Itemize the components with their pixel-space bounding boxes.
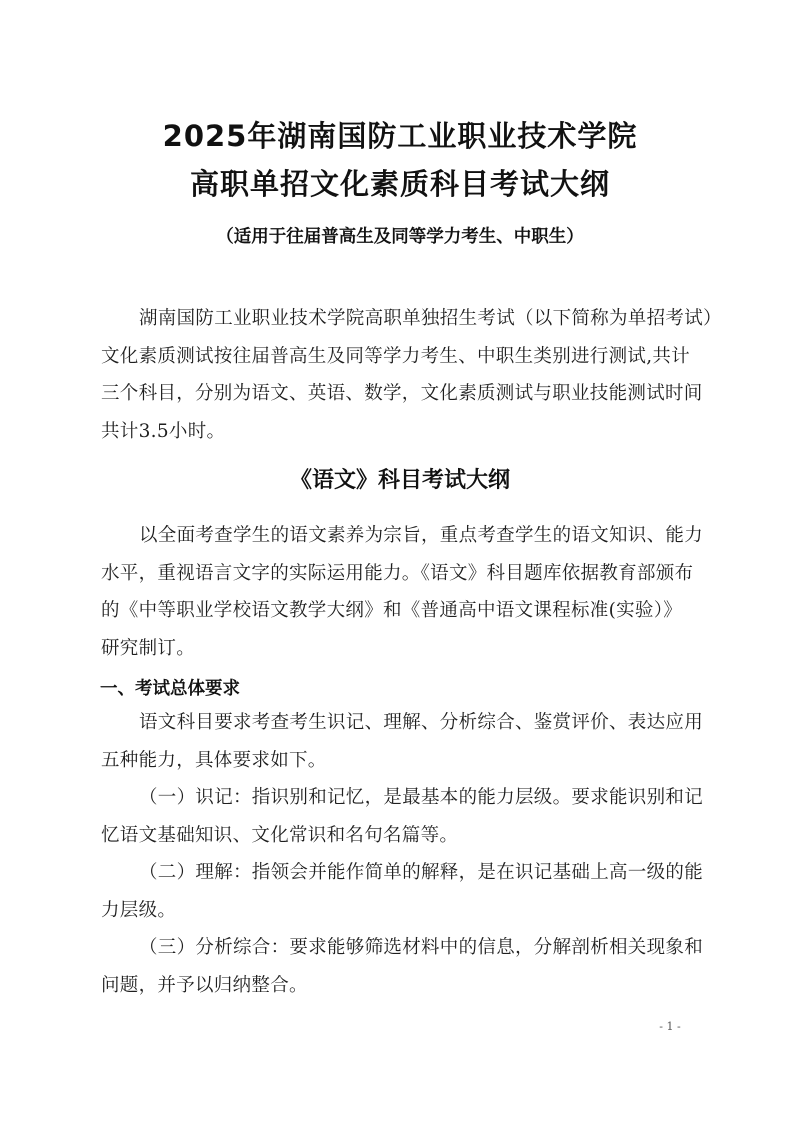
paragraph-line: 研究制订。 xyxy=(101,630,721,668)
page-number: - 1 - xyxy=(640,1020,700,1033)
paragraph-line: 的《中等职业学校语文教学大纲》和《普通高中语文课程标准(实验）》 xyxy=(101,592,721,630)
document-title-line1: 2025年湖南国防工业职业技术学院 xyxy=(0,118,800,154)
paragraph-line: 五种能力，具体要求如下。 xyxy=(101,742,721,780)
item-analysis-synthesis: （三）分析综合：要求能够筛选材料中的信息，分解剖析相关现象和 问题，并予以归纳整… xyxy=(101,929,721,1004)
item-memorization: （一）识记：指识别和记忆，是最基本的能力层级。要求能识别和记 忆语文基础知识、文… xyxy=(101,779,721,854)
paragraph-line: 水平，重视语言文字的实际运用能力。《语文》科目题库依据教育部颁布 xyxy=(101,555,721,593)
item-comprehension: （二）理解：指领会并能作简单的解释，是在识记基础上高一级的能 力层级。 xyxy=(101,854,721,929)
paragraph-line: 以全面考查学生的语文素养为宗旨，重点考查学生的语文知识、能力 xyxy=(101,517,721,555)
document-title-line2: 高职单招文化素质科目考试大纲 xyxy=(0,166,800,202)
paragraph-line: 忆语文基础知识、文化常识和名句名篇等。 xyxy=(101,817,721,855)
document-page: 2025年湖南国防工业职业技术学院 高职单招文化素质科目考试大纲 （适用于往届普… xyxy=(0,0,800,1131)
section-heading-chinese: 《语文》科目考试大纲 xyxy=(0,465,800,497)
document-subtitle: （适用于往届普高生及同等学力考生、中职生） xyxy=(0,224,800,250)
paragraph-line: 三个科目，分别为语文、英语、数学，文化素质测试与职业技能测试时间 xyxy=(101,375,721,413)
subheading-general-requirements: 一、考试总体要求 xyxy=(100,676,240,702)
paragraph-line: 语文科目要求考查考生识记、理解、分析综合、鉴赏评价、表达应用 xyxy=(101,704,721,742)
paragraph-line: （一）识记：指识别和记忆，是最基本的能力层级。要求能识别和记 xyxy=(101,779,721,817)
intro-paragraph: 湖南国防工业职业技术学院高职单独招生考试（以下简称为单招考试） 文化素质测试按往… xyxy=(101,300,721,450)
paragraph-line: （二）理解：指领会并能作简单的解释，是在识记基础上高一级的能 xyxy=(101,854,721,892)
paragraph-line: （三）分析综合：要求能够筛选材料中的信息，分解剖析相关现象和 xyxy=(101,929,721,967)
paragraph-line: 共计3.5小时。 xyxy=(101,413,721,451)
chinese-intro-paragraph: 以全面考查学生的语文素养为宗旨，重点考查学生的语文知识、能力 水平，重视语言文字… xyxy=(101,517,721,667)
paragraph-line: 湖南国防工业职业技术学院高职单独招生考试（以下简称为单招考试） xyxy=(101,300,721,338)
paragraph-line: 问题，并予以归纳整合。 xyxy=(101,967,721,1005)
general-requirements-paragraph: 语文科目要求考查考生识记、理解、分析综合、鉴赏评价、表达应用 五种能力，具体要求… xyxy=(101,704,721,779)
paragraph-line: 文化素质测试按往届普高生及同等学力考生、中职生类别进行测试,共计 xyxy=(101,338,721,376)
paragraph-line: 力层级。 xyxy=(101,892,721,930)
